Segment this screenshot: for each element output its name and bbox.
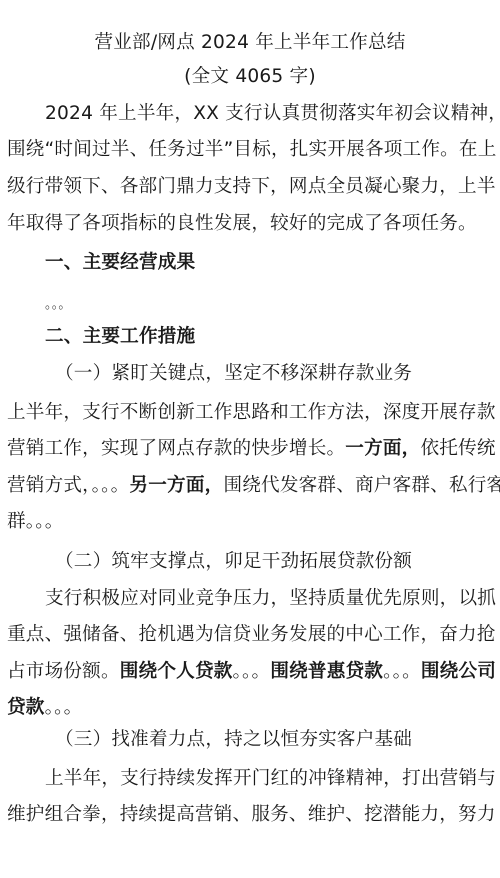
text: 。。。 — [383, 661, 421, 682]
text: 占市场份额。 — [7, 661, 120, 682]
subsection-2-heading: （二）筑牢支撑点，卯足干劲拓展贷款份额 — [7, 550, 495, 574]
subsection-1-heading: （一）紧盯关键点，坚定不移深耕存款业务 — [7, 362, 495, 386]
intro-line-4: 年取得了各项指标的良性发展，较好的完成了各项任务。 — [7, 212, 495, 236]
subsection-1-line-4: 群。。。 — [7, 510, 495, 534]
intro-line-3: 级行带领下、各部门鼎力支持下，网点全员凝心聚力，上半 — [7, 175, 495, 199]
text: 围绕代发客群、商户客群、私行客 — [223, 475, 500, 496]
subsection-2-line-2: 重点、强储备、抢机遇为信贷业务发展的中心工作，奋力抢 — [7, 623, 495, 647]
subsection-1-line-3: 营销方式，。。。另一方面，围绕代发客群、商户客群、私行客 — [7, 474, 495, 498]
subsection-2-line-3: 占市场份额。围绕个人贷款。。。围绕普惠贷款。。。围绕公司 — [7, 660, 495, 684]
text: 营销方式，。。。 — [7, 475, 129, 496]
text: 。。。 — [233, 661, 271, 682]
subsection-2-line-1: 支行积极应对同业竞争压力，坚持质量优先原则，以抓 — [7, 587, 495, 611]
document-subtitle: (全文 4065 字) — [0, 65, 500, 89]
intro-line-2: 围绕“时间过半、任务过半”目标，扎实开展各项工作。在上 — [7, 138, 495, 162]
bold-text: 一方面， — [345, 438, 420, 459]
intro-line-1: 2024 年上半年，XX 支行认真贯彻落实年初会议精神， — [7, 102, 495, 126]
section-1-content: 。。。 — [7, 293, 495, 317]
text: 营销工作，实现了网点存款的快步增长。 — [7, 438, 345, 459]
subsection-1-line-1: 上半年，支行不断创新工作思路和工作方法，深度开展存款 — [7, 401, 495, 425]
bold-text: 贷款 — [7, 697, 45, 718]
bold-text: 围绕个人贷款 — [120, 661, 233, 682]
section-1-heading: 一、主要经营成果 — [7, 251, 495, 275]
subsection-2-line-4: 贷款。。。 — [7, 696, 495, 720]
section-2-heading: 二、主要工作措施 — [7, 325, 495, 349]
subsection-3-line-2: 维护组合拳，持续提高营销、服务、维护、挖潜能力，努力 — [7, 803, 495, 827]
text: 依托传统 — [420, 438, 495, 459]
subsection-3-line-1: 上半年，支行持续发挥开门红的冲锋精神，打出营销与 — [7, 767, 495, 791]
bold-text: 围绕公司 — [421, 661, 496, 682]
text: 。。。 — [45, 697, 83, 718]
bold-text: 围绕普惠贷款 — [270, 661, 383, 682]
subsection-3-heading: （三）找准着力点，持之以恒夯实客户基础 — [7, 728, 495, 752]
document-page: 营业部/网点 2024 年上半年工作总结 (全文 4065 字) 2024 年上… — [0, 0, 500, 878]
subsection-1-line-2: 营销工作，实现了网点存款的快步增长。一方面，依托传统 — [7, 437, 495, 461]
bold-text: 另一方面， — [129, 475, 223, 496]
document-title: 营业部/网点 2024 年上半年工作总结 — [0, 31, 500, 55]
